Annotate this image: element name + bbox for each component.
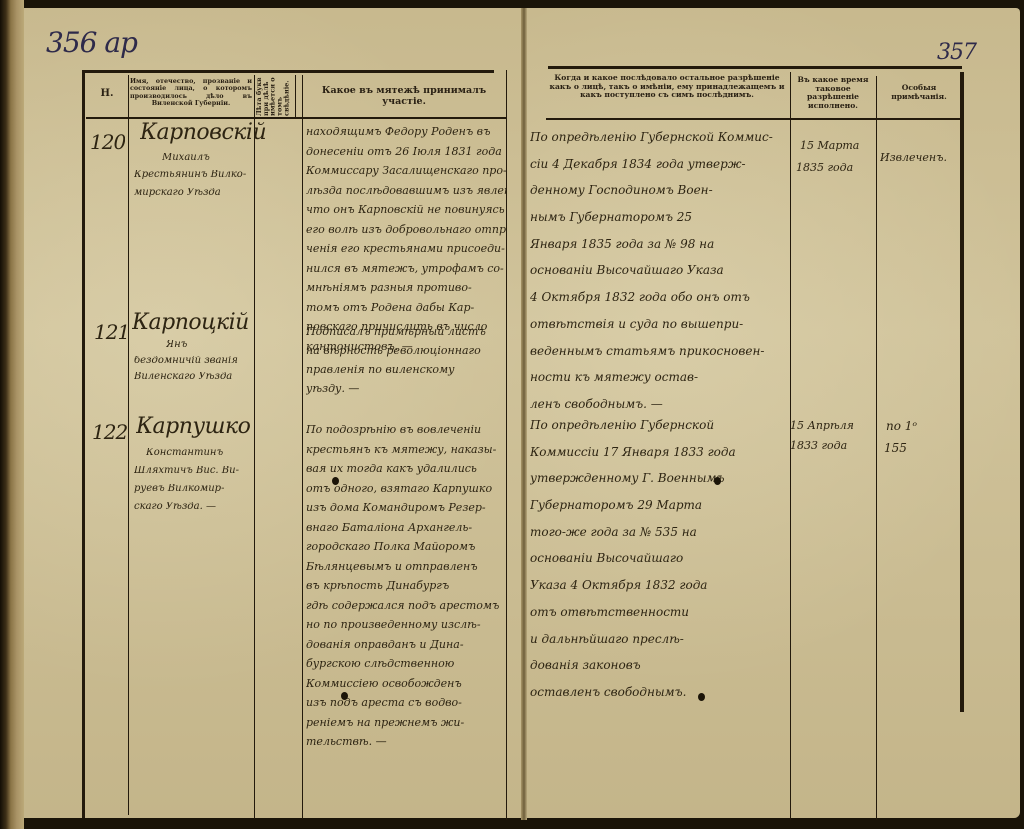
text-line: донесеніи отъ 26 Іюля 1831 года [306,142,506,162]
row-120-executed-date: 15 Марта [800,140,859,151]
text-line: что онъ Карповскій не повинуясь [306,200,506,220]
col-divider-executed [876,76,877,820]
text-line: въ крѣпость Динабургъ [306,576,506,596]
row-120-name-line: мирскаго Уѣзда [134,188,221,198]
text-line: бургскою слѣдственною [306,654,506,674]
text-line: веденнымъ статьямъ прикосновен- [530,338,788,365]
ink-blot [341,692,348,700]
row-120-name-line: Михаилъ [162,153,210,163]
row-122-name-line: руевъ Вилкомир- [134,484,224,494]
row-120-number: 120 [90,132,125,152]
row-121-surname: Карпоцкій [132,312,249,334]
text-line: находящимъ Федору Роденъ въ [306,122,506,142]
text-line: Коммиссару Засалищенскаго про- [306,161,506,181]
text-line: По подозрѣнію въ вовлеченіи [306,420,506,440]
text-line: правленія по виленскому [306,360,506,379]
row-122-name-line: скаго Уѣзда. — [134,502,216,512]
text-line: реніемъ на прежнемъ жи- [306,713,506,733]
text-line: утвержденному Г. Военнымъ [530,465,788,492]
outer-border-right [960,72,964,712]
top-thick-rule-right [548,66,962,69]
row-120-resolution: По опредѣленію Губернской Коммис- сіи 4 … [530,124,788,418]
text-line: Указа 4 Октября 1832 года [530,572,788,599]
text-line: По опредѣленію Губернской Коммис- [530,124,788,151]
header-bottom-rule-left [86,117,506,119]
text-line: его волѣ изъ добровольнаго отпро- [306,220,506,240]
text-line: лѣзда послѣдовавшимъ изъ явленія [306,181,506,201]
text-line: По опредѣленію Губернской [530,412,788,439]
row-122-name-line: Константинъ [146,448,223,458]
text-line: и дальнѣйшаго преслѣ- [530,626,788,653]
header-notes: Особыя примѣчанія. [878,84,960,101]
header-year: Лѣта букв при дѣлѣ имѣется о томъ свѣдѣн… [256,74,294,116]
left-page-number: 356 ар [46,26,137,59]
col-divider-name [254,75,255,819]
row-120-surname: Карповскій [140,122,266,144]
text-line: нымъ Губернаторомъ 25 [530,204,788,231]
text-line: на вѣрность революціоннаго [306,341,506,360]
text-line: дованія оправданъ и Дина- [306,635,506,655]
text-line: Бѣлянцевымъ и отправленъ [306,557,506,577]
header-executed: Въ какое время таковое разрѣшеніе исполн… [792,76,874,111]
row-122-number: 122 [92,422,127,442]
text-line: ности къ мятежу остав- [530,364,788,391]
header-number: Н. [86,88,128,100]
text-line: уѣзду. — [306,379,506,398]
row-122-executed-date: 15 Апрѣля [790,420,854,431]
text-line: 4 Октября 1832 года обо онъ отъ [530,284,788,311]
right-page-number: 357 [937,40,976,65]
row-120-executed-year: 1835 года [796,162,853,173]
text-line: но по произведенному изслѣ- [306,615,506,635]
row-121-number: 121 [94,322,129,342]
book-edge [0,0,24,829]
ink-blot [332,477,339,485]
row-121-participation: Подписалъ примѣрный листъ на вѣрность ре… [306,322,506,398]
text-line: Коммиссіи 17 Января 1833 года [530,439,788,466]
ledger-spread: 356 ар 357 Н. Имя, отечество, прозваніе … [0,0,1024,829]
text-line: Января 1835 года за № 98 на [530,231,788,258]
text-line: того-же года за № 535 на [530,519,788,546]
row-122-surname: Карпушко [136,416,250,438]
row-122-notes-line: 155 [884,442,907,454]
outer-border-left [82,70,85,818]
text-line: мнѣніямъ разныя противо- [306,278,506,298]
col-divider-number [128,75,129,815]
text-line: изъ подъ ареста съ водво- [306,693,506,713]
row-122-executed-year: 1833 года [790,440,847,451]
row-121-name-line: бездомничій званія [134,356,238,366]
text-line: томъ отъ Родена дабы Кар- [306,298,506,318]
text-line: крестьянъ къ мятежу, наказы- [306,440,506,460]
col-divider-year [302,75,303,819]
text-line: Коммиссіею освобожденъ [306,674,506,694]
text-line: отъ отвѣтственности [530,599,788,626]
row-122-name-line: Шляхтичъ Вис. Ви- [134,466,239,476]
header-participation: Какое въ мятежѣ принималъ участіе. [304,86,504,108]
book-spine [521,8,527,820]
row-120-name-line: Крестьянинъ Вилко- [134,170,246,180]
col-divider-participation-inner [295,75,296,117]
inner-border-left [506,70,507,820]
header-resolution: Когда и какое послѣдовало остальное разр… [546,74,788,100]
text-line: денному Господиномъ Воен- [530,177,788,204]
row-120-notes: Извлеченъ. [880,152,947,163]
text-line: основаніи Высочайшаго [530,545,788,572]
row-122-resolution: По опредѣленію Губернской Коммиссіи 17 Я… [530,412,788,706]
text-line: основаніи Высочайшаго Указа [530,257,788,284]
text-line: нился въ мятежъ, утрофамъ со- [306,259,506,279]
text-line: городскаго Полка Майоромъ [306,537,506,557]
text-line: изъ дома Командиромъ Резер- [306,498,506,518]
ink-blot [698,693,705,701]
text-line: ченія его крестьянами присоеди- [306,239,506,259]
row-122-participation: По подозрѣнію въ вовлеченіи крестьянъ къ… [306,420,506,752]
top-thick-rule-left [84,70,494,73]
text-line: внаго Баталіона Архангель- [306,518,506,538]
text-line: Губернаторомъ 29 Марта [530,492,788,519]
text-line: вая их тогда какъ удалились [306,459,506,479]
text-line: гдѣ содержался подъ арестомъ [306,596,506,616]
header-name: Имя, отечество, прозваніе и состояніе ли… [130,78,252,107]
row-122-notes-line: по 1ᵒ [886,420,917,432]
text-line: оставленъ свободнымъ. [530,679,788,706]
text-line: отвѣтствія и суда по вышепри- [530,311,788,338]
row-120-participation: находящимъ Федору Роденъ въ донесеніи от… [306,122,506,356]
row-121-name-line: Янъ [166,340,187,350]
text-line: дованія законовъ [530,652,788,679]
text-line: сіи 4 Декабря 1834 года утверж- [530,151,788,178]
ink-blot [714,477,721,485]
text-line: Подписалъ примѣрный листъ [306,322,506,341]
header-bottom-rule-right [546,118,960,120]
text-line: тельствѣ. — [306,732,506,752]
row-121-name-line: Виленскаго Уѣзда [134,372,232,382]
